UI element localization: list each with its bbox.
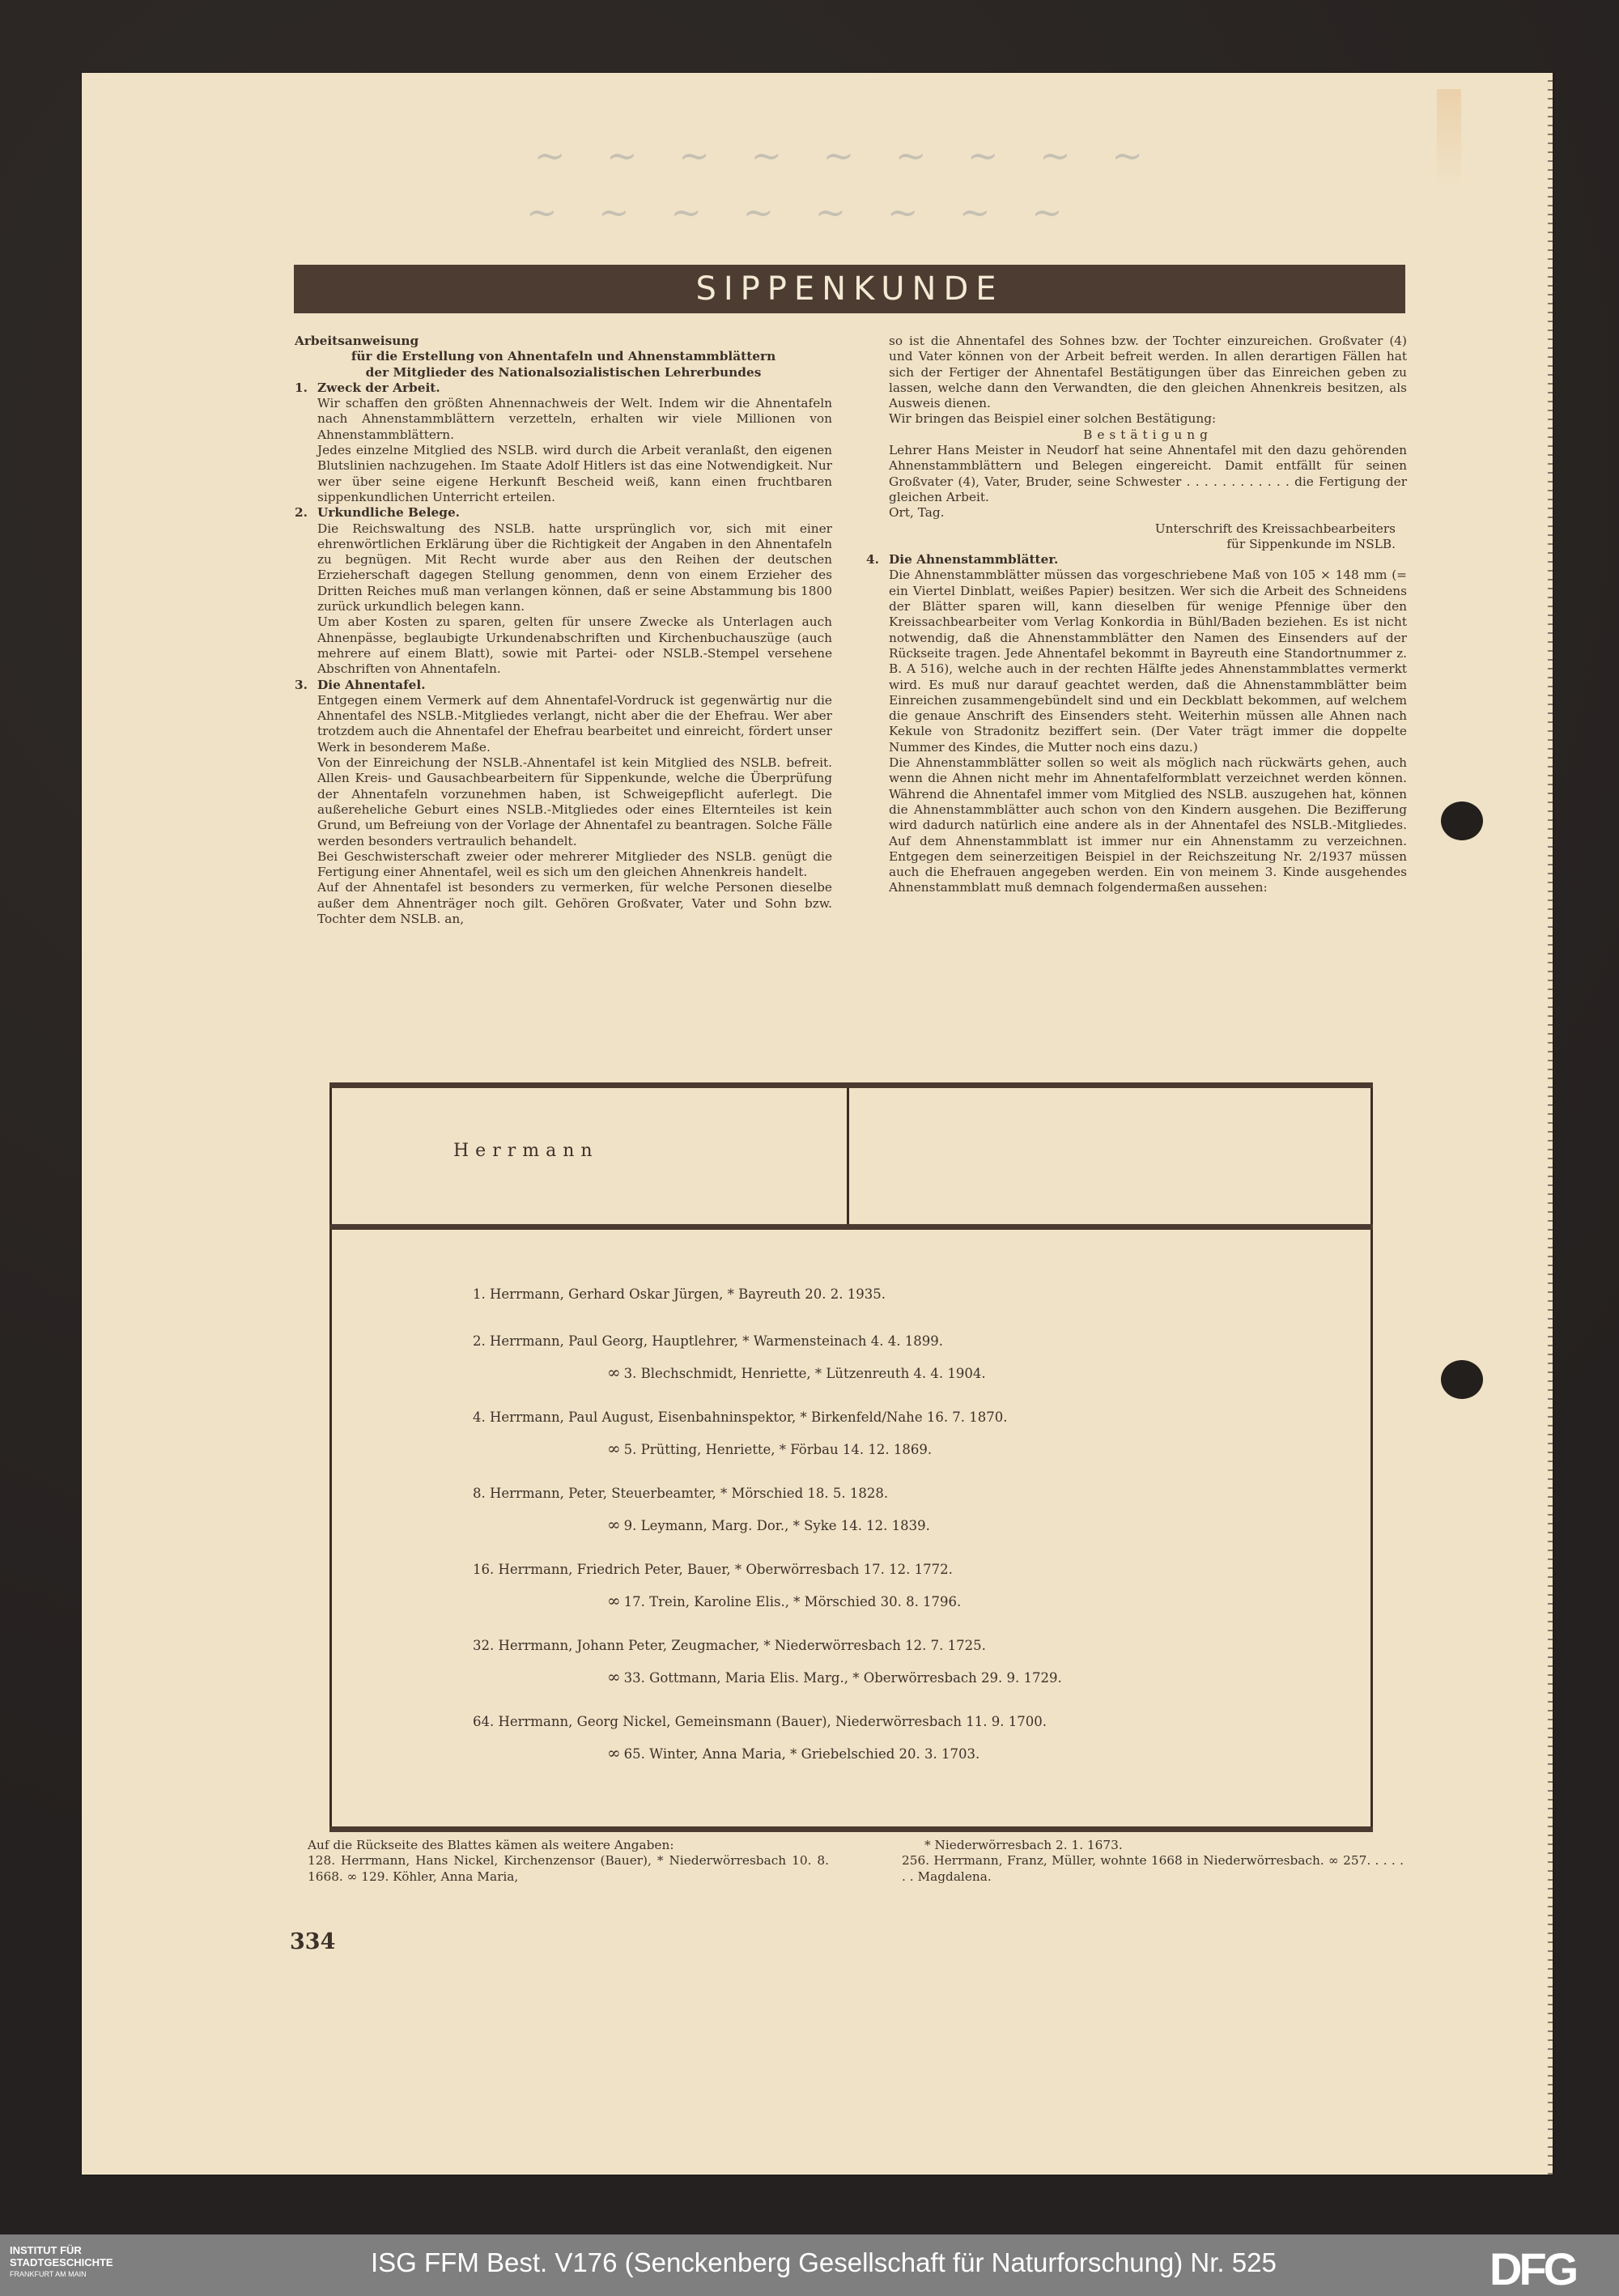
footnote-entry: 128. Herrmann, Hans Nickel, Kirchenzenso… <box>308 1853 829 1885</box>
paragraph: Die Ahnenstammblätter sollen so weit als… <box>889 755 1407 896</box>
paragraph: Auf der Ahnentafel ist besonders zu verm… <box>295 880 832 927</box>
signature-line: Unterschrift des Kreissachbearbeiters <box>889 521 1407 537</box>
footnote-left: Auf die Rückseite des Blattes kämen als … <box>308 1838 829 1885</box>
signature-line: für Sippenkunde im NSLB. <box>889 537 1407 552</box>
page-number: 334 <box>290 1929 335 1954</box>
section-heading: 2. Urkundliche Belege. <box>295 505 832 521</box>
form-rule <box>329 1826 1373 1832</box>
entry-text: 65. Winter, Anna Maria, * Griebelschied … <box>624 1746 980 1762</box>
confirmation-title: Bestätigung <box>889 427 1407 443</box>
section-heading: 3. Die Ahnentafel. <box>295 678 832 693</box>
footnote-entry: 256. Herrmann, Franz, Müller, wohnte 166… <box>902 1853 1404 1885</box>
article-right-column: so ist die Ahnentafel des Sohnes bzw. de… <box>889 334 1407 896</box>
section-number: 4. <box>866 552 889 568</box>
paragraph: Von der Einreichung der NSLB.-Ahnentafel… <box>295 755 832 849</box>
marriage-icon: ∞ <box>607 1515 621 1534</box>
spouse-entry: ∞5. Prütting, Henriette, * Förbau 14. 12… <box>607 1439 932 1458</box>
paragraph: Wir schaffen den größten Ahnennachweis d… <box>295 396 832 443</box>
ancestor-entry: 32. Herrmann, Johann Peter, Zeugmacher, … <box>473 1638 986 1653</box>
paragraph: Die Ahnenstammblätter müssen das vorgesc… <box>889 568 1407 755</box>
paragraph: Wir bringen das Beispiel einer solchen B… <box>889 411 1407 427</box>
section-number: 3. <box>295 678 317 693</box>
paragraph: Um aber Kosten zu sparen, gelten für uns… <box>295 614 832 677</box>
section-number: 2. <box>295 505 317 521</box>
paragraph: Die Reichswaltung des NSLB. hatte ursprü… <box>295 521 832 615</box>
paragraph: Jedes einzelne Mitglied des NSLB. wird d… <box>295 443 832 505</box>
footnote-right: * Niederwörresbach 2. 1. 1673. 256. Herr… <box>902 1838 1404 1885</box>
ancestor-entry: 4. Herrmann, Paul August, Eisenbahninspe… <box>473 1409 1008 1425</box>
ancestor-entry: 64. Herrmann, Georg Nickel, Gemeinsmann … <box>473 1714 1047 1729</box>
archive-footer: INSTITUT FÜR STADTGESCHICHTE FRANKFURT A… <box>0 2234 1619 2296</box>
form-rule <box>329 1224 1373 1230</box>
institute-logo: INSTITUT FÜR STADTGESCHICHTE FRANKFURT A… <box>10 2244 113 2281</box>
spouse-entry: ∞33. Gottmann, Maria Elis. Marg., * Ober… <box>607 1667 1062 1686</box>
paragraph: so ist die Ahnentafel des Sohnes bzw. de… <box>889 334 1407 411</box>
spouse-entry: ∞9. Leymann, Marg. Dor., * Syke 14. 12. … <box>607 1515 930 1534</box>
archive-reference: ISG FFM Best. V176 (Senckenberg Gesellsc… <box>371 2247 1277 2278</box>
entry-text: 4. Herrmann, Paul August, Eisenbahninspe… <box>473 1409 1008 1425</box>
footnote-entry: * Niederwörresbach 2. 1. 1673. <box>902 1838 1404 1853</box>
section-title: Zweck der Arbeit. <box>317 381 440 396</box>
entry-text: 1. Herrmann, Gerhard Oskar Jürgen, * Bay… <box>473 1286 886 1302</box>
pencil-annotation: ~ ~ ~ ~ ~ ~ ~ ~ ~ <box>534 134 1158 177</box>
article-subheading: der Mitglieder des Nationalsozialistisch… <box>295 365 832 381</box>
spouse-entry: ∞65. Winter, Anna Maria, * Griebelschied… <box>607 1743 979 1762</box>
marriage-icon: ∞ <box>607 1667 621 1686</box>
ancestor-entry: 2. Herrmann, Paul Georg, Hauptlehrer, * … <box>473 1333 943 1349</box>
entry-text: 17. Trein, Karoline Elis., * Mörschied 3… <box>624 1594 962 1609</box>
paragraph: Entgegen einem Vermerk auf dem Ahnentafe… <box>295 693 832 755</box>
marriage-icon: ∞ <box>607 1363 621 1382</box>
ancestor-entry: 16. Herrmann, Friedrich Peter, Bauer, * … <box>473 1562 953 1577</box>
place-date: Ort, Tag. <box>889 505 1407 521</box>
form-divider <box>847 1088 849 1224</box>
marriage-icon: ∞ <box>607 1743 621 1762</box>
ancestor-entry: 8. Herrmann, Peter, Steuerbeamter, * Mör… <box>473 1486 888 1501</box>
entry-text: 32. Herrmann, Johann Peter, Zeugmacher, … <box>473 1638 986 1653</box>
footnote-intro: Auf die Rückseite des Blattes kämen als … <box>308 1838 829 1853</box>
article-heading: Arbeitsanweisung <box>295 334 832 349</box>
entry-text: 33. Gottmann, Maria Elis. Marg., * Oberw… <box>624 1670 1062 1686</box>
section-title: Die Ahnentafel. <box>317 678 426 693</box>
entry-text: 8. Herrmann, Peter, Steuerbeamter, * Mör… <box>473 1486 888 1501</box>
spouse-entry: ∞3. Blechschmidt, Henriette, * Lützenreu… <box>607 1363 986 1382</box>
ancestry-sheet-form: Herrmann 1. Herrmann, Gerhard Oskar Jürg… <box>329 1082 1373 1832</box>
section-banner: SIPPENKUNDE <box>294 265 1405 313</box>
paragraph: Bei Geschwisterschaft zweier oder mehrer… <box>295 849 832 881</box>
marriage-icon: ∞ <box>607 1439 621 1458</box>
spouse-entry: ∞17. Trein, Karoline Elis., * Mörschied … <box>607 1591 961 1610</box>
section-title: Urkundliche Belege. <box>317 505 460 521</box>
form-rule <box>329 1082 1373 1088</box>
marriage-icon: ∞ <box>607 1591 621 1610</box>
paper-stain <box>1437 89 1461 186</box>
section-number: 1. <box>295 381 317 396</box>
institute-name: INSTITUT FÜR <box>10 2244 113 2256</box>
confirmation-text: Lehrer Hans Meister in Neudorf hat seine… <box>889 443 1407 505</box>
institute-location: FRANKFURT AM MAIN <box>10 2268 113 2281</box>
punch-hole <box>1441 1360 1483 1399</box>
punch-hole <box>1441 801 1483 840</box>
article-subheading: für die Erstellung von Ahnentafeln und A… <box>295 349 832 364</box>
ancestor-entry: 1. Herrmann, Gerhard Oskar Jürgen, * Bay… <box>473 1286 886 1302</box>
entry-text: 64. Herrmann, Georg Nickel, Gemeinsmann … <box>473 1714 1047 1729</box>
institute-name: STADTGESCHICHTE <box>10 2256 113 2268</box>
entry-text: 5. Prütting, Henriette, * Förbau 14. 12.… <box>624 1442 932 1457</box>
section-heading: 4. Die Ahnenstammblätter. <box>866 552 1407 568</box>
section-title: Die Ahnenstammblätter. <box>889 552 1058 568</box>
surname-field: Herrmann <box>453 1141 599 1161</box>
section-heading: 1. Zweck der Arbeit. <box>295 381 832 396</box>
entry-text: 9. Leymann, Marg. Dor., * Syke 14. 12. 1… <box>624 1518 930 1533</box>
pencil-annotation: ~ ~ ~ ~ ~ ~ ~ ~ <box>526 190 1077 234</box>
entry-text: 2. Herrmann, Paul Georg, Hauptlehrer, * … <box>473 1333 943 1349</box>
dfg-logo: DFG <box>1489 2243 1575 2295</box>
article-left-column: Arbeitsanweisung für die Erstellung von … <box>295 334 832 927</box>
entry-text: 16. Herrmann, Friedrich Peter, Bauer, * … <box>473 1562 953 1577</box>
entry-text: 3. Blechschmidt, Henriette, * Lützenreut… <box>624 1366 986 1381</box>
